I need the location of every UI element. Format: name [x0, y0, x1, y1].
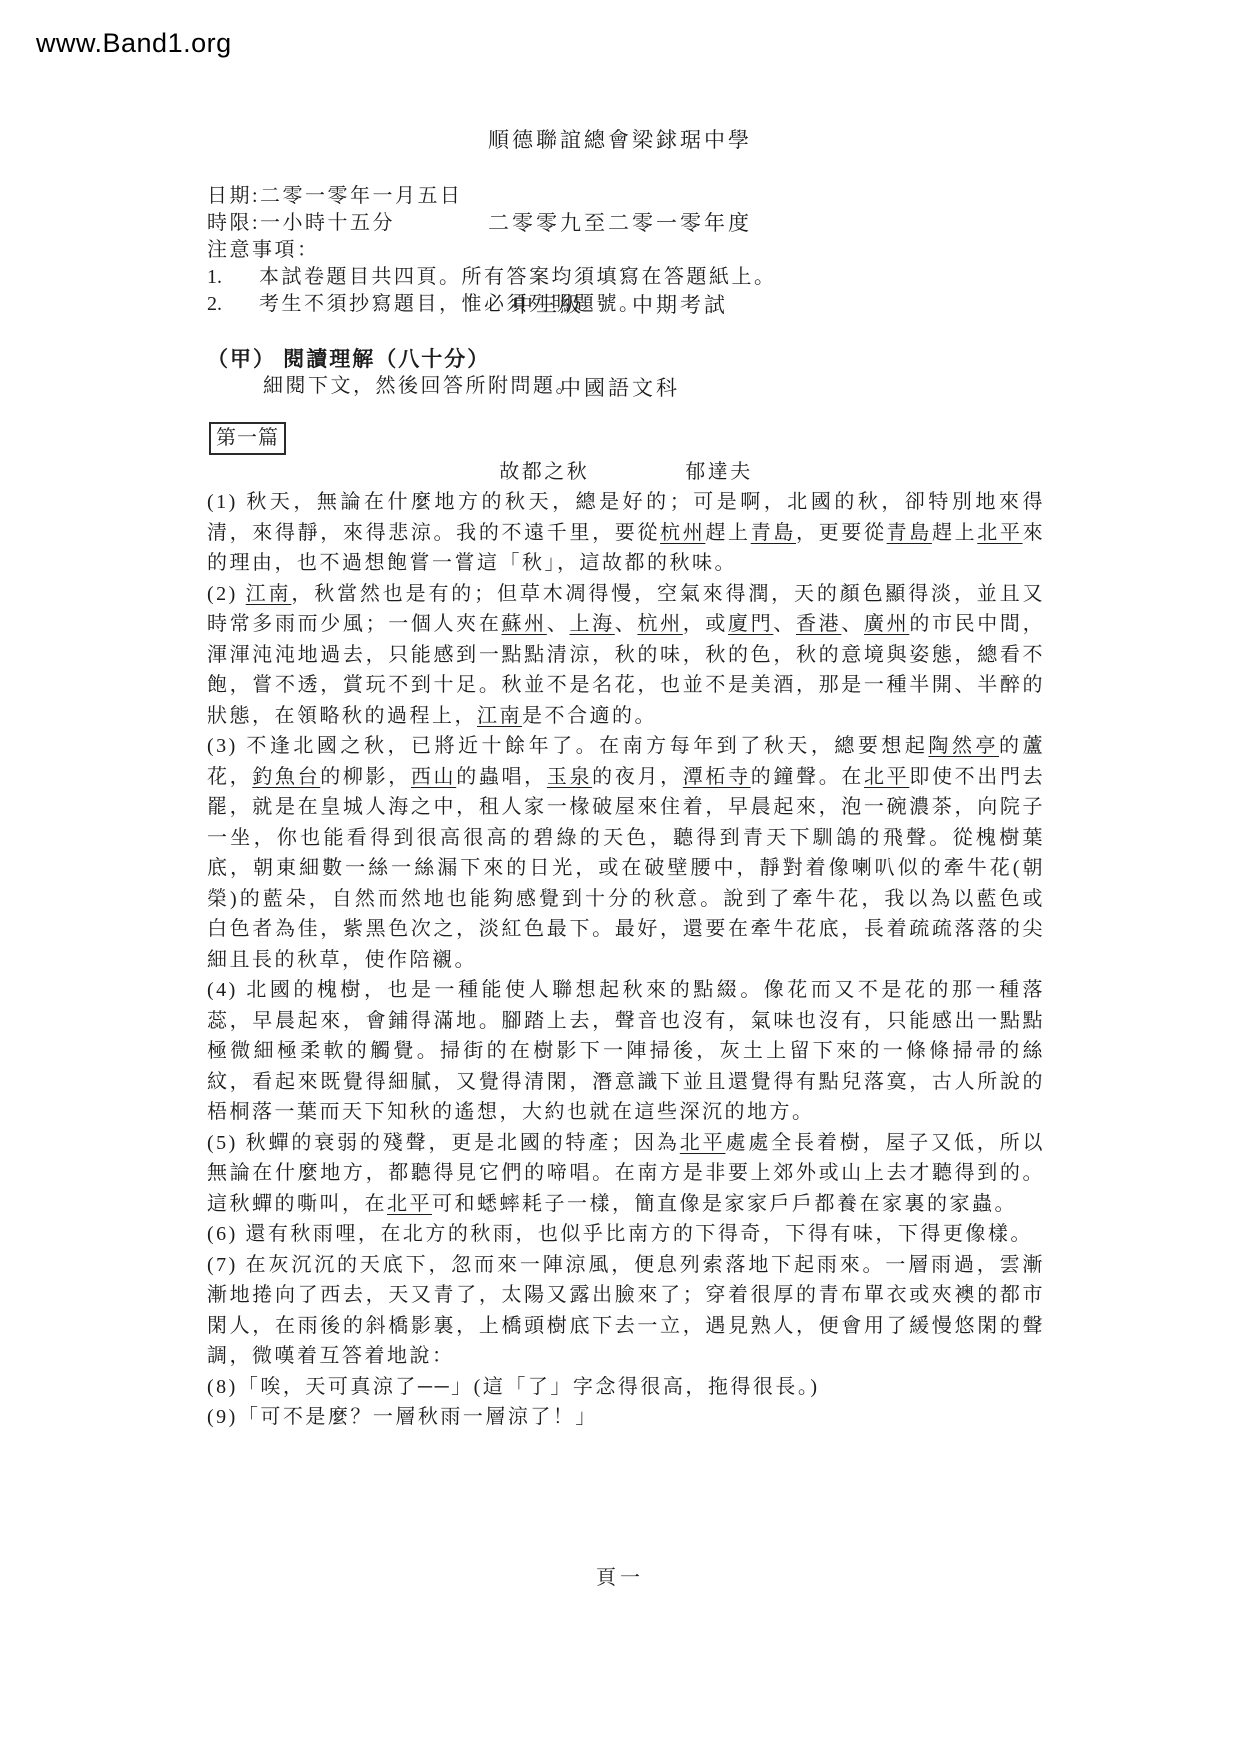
page-number: 頁一	[0, 1561, 1240, 1590]
note-number: 1.	[207, 264, 259, 291]
text-run: 的蟲唱，	[456, 766, 547, 788]
text-run: 趕上	[705, 522, 750, 544]
text-run: 是不合適的。	[522, 705, 657, 727]
text-run: 趕上	[932, 522, 977, 544]
note-text: 本試卷題目共四頁。所有答案均須填寫在答題紙上。	[259, 264, 777, 291]
underlined-term: 香港	[796, 613, 841, 635]
text-run: (5) 秋蟬的衰弱的殘聲，更是北國的特產；因為	[207, 1132, 680, 1154]
note-number: 2.	[207, 291, 259, 318]
date-line: 日期:二零一零年一月五日	[207, 183, 1045, 210]
text-run: 、	[615, 613, 638, 635]
paragraph-7: (7) 在灰沉沉的天底下，忽而來一陣涼風，便息列索落地下起雨來。一層雨過，雲漸漸…	[207, 1250, 1045, 1372]
watermark-text: www.Band1.org	[36, 28, 232, 59]
underlined-term: 上海	[569, 613, 614, 635]
underlined-term: 青島	[887, 522, 932, 544]
paragraph-3: (3) 不逢北國之秋，已將近十餘年了。在南方每年到了秋天，總要想起陶然亭的蘆花，…	[207, 731, 1045, 975]
underlined-term: 江南	[477, 705, 522, 727]
underlined-term: 陶然亭	[928, 735, 999, 757]
underlined-term: 杭州	[637, 613, 682, 635]
text-run: (3) 不逢北國之秋，已將近十餘年了。在南方每年到了秋天，總要想起	[207, 735, 928, 757]
underlined-term: 蘇州	[502, 613, 547, 635]
text-run: 可和蟋蟀耗子一樣，簡直像是家家戶戶都養在家裏的家蟲。	[432, 1193, 1017, 1215]
text-run: 即使不出門去罷，就是在皇城人海之中，租人家一椽破屋來住着，早晨起來，泡一碗濃茶，…	[207, 766, 1045, 971]
text-run: ，或	[683, 613, 728, 635]
text-run: (2)	[207, 583, 246, 605]
text-run: 、	[547, 613, 570, 635]
text-run: 的夜月，	[592, 766, 683, 788]
text-run: 的鐘聲。在	[751, 766, 864, 788]
section-instruction: 細閱下文，然後回答所附問題。	[263, 373, 1045, 400]
underlined-term: 北平	[387, 1193, 432, 1215]
underlined-term: 廣州	[864, 613, 909, 635]
paragraph-4: (4) 北國的槐樹，也是一種能使人聯想起秋來的點綴。像花而又不是花的那一種落蕊，…	[207, 975, 1045, 1128]
paper-content: 日期:二零一零年一月五日 時限:一小時十五分 注意事項： 1. 本試卷題目共四頁…	[207, 183, 1045, 1433]
underlined-term: 青島	[751, 522, 796, 544]
article-title: 故都之秋	[499, 457, 589, 487]
notes-list: 1. 本試卷題目共四頁。所有答案均須填寫在答題紙上。 2. 考生不須抄寫題目，惟…	[207, 264, 1045, 318]
text-run: (8)「唉，天可真涼了──」(這「了」字念得很高，拖得很長。)	[207, 1376, 819, 1398]
article-title-line: 故都之秋 郁達夫	[207, 457, 1045, 487]
exam-paper-page: www.Band1.org 順德聯誼總會梁銶琚中學 二零零九至二零一零年度 中三…	[0, 0, 1240, 1754]
underlined-term: 潭柘寺	[683, 766, 751, 788]
school-name: 順德聯誼總會梁銶琚中學	[0, 127, 1240, 155]
paragraph-5: (5) 秋蟬的衰弱的殘聲，更是北國的特產；因為北平處處全長着樹，屋子又低，所以無…	[207, 1128, 1045, 1220]
note-item: 2. 考生不須抄寫題目，惟必須列明題號。	[207, 291, 1045, 318]
underlined-term: 廈門	[728, 613, 773, 635]
text-run: (4) 北國的槐樹，也是一種能使人聯想起秋來的點綴。像花而又不是花的那一種落蕊，…	[207, 979, 1045, 1123]
paragraph-2: (2) 江南，秋當然也是有的；但草木凋得慢，空氣來得潤，天的顏色顯得淡，並且又時…	[207, 579, 1045, 732]
text-run: 的柳影，	[320, 766, 411, 788]
text-run: 、	[841, 613, 864, 635]
underlined-term: 釣魚台	[252, 766, 320, 788]
text-run: (9)「可不是麼？一層秋雨一層涼了！」	[207, 1406, 598, 1428]
paragraph-9: (9)「可不是麼？一層秋雨一層涼了！」	[207, 1402, 1045, 1433]
section-a-heading: （甲） 閱讀理解（八十分）	[207, 346, 1045, 373]
underlined-term: 北平	[680, 1132, 726, 1154]
underlined-term: 杭州	[660, 522, 705, 544]
note-item: 1. 本試卷題目共四頁。所有答案均須填寫在答題紙上。	[207, 264, 1045, 291]
underlined-term: 北平	[977, 522, 1022, 544]
time-limit-line: 時限:一小時十五分	[207, 210, 1045, 237]
paragraph-6: (6) 還有秋雨哩，在北方的秋雨，也似乎比南方的下得奇，下得有味，下得更像樣。	[207, 1219, 1045, 1250]
underlined-term: 玉泉	[547, 766, 592, 788]
text-run: (7) 在灰沉沉的天底下，忽而來一陣涼風，便息列索落地下起雨來。一層雨過，雲漸漸…	[207, 1254, 1045, 1368]
passage-label: 第一篇	[209, 422, 286, 455]
paragraph-8: (8)「唉，天可真涼了──」(這「了」字念得很高，拖得很長。)	[207, 1372, 1045, 1403]
text-run: 、	[773, 613, 796, 635]
notes-title: 注意事項：	[207, 237, 1045, 264]
article-body: (1) 秋天，無論在什麼地方的秋天，總是好的；可是啊，北國的秋，卻特別地來得清，…	[207, 487, 1045, 1433]
note-text: 考生不須抄寫題目，惟必須列明題號。	[259, 291, 642, 318]
underlined-term: 北平	[864, 766, 909, 788]
text-run: (6) 還有秋雨哩，在北方的秋雨，也似乎比南方的下得奇，下得有味，下得更像樣。	[207, 1223, 1033, 1245]
paragraph-1: (1) 秋天，無論在什麼地方的秋天，總是好的；可是啊，北國的秋，卻特別地來得清，…	[207, 487, 1045, 579]
underlined-term: 江南	[246, 583, 292, 605]
underlined-term: 西山	[411, 766, 456, 788]
text-run: ，更要從	[796, 522, 887, 544]
article-author: 郁達夫	[685, 457, 753, 487]
